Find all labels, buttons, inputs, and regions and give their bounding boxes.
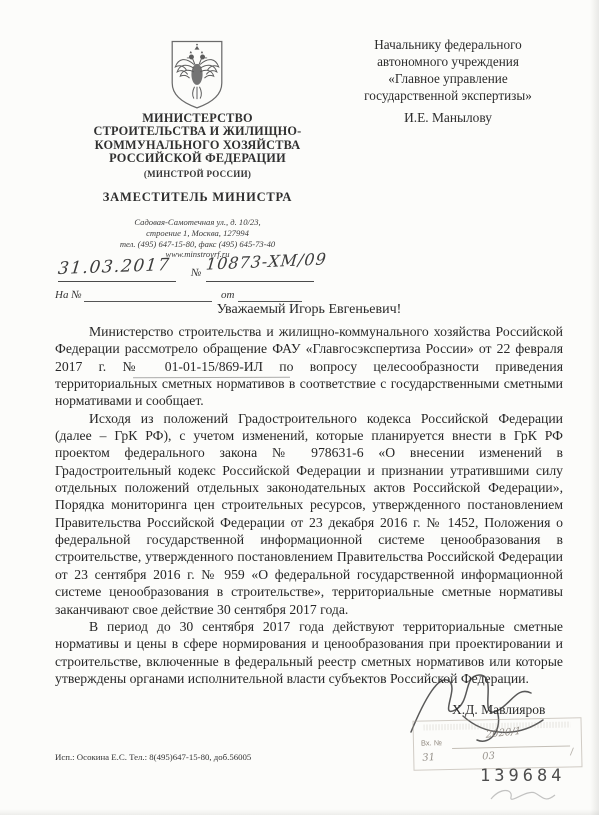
signer-title: ЗАМЕСТИТЕЛЬ МИНИСТРА xyxy=(40,190,355,205)
executor-line: Исп.: Осокина Е.С. Тел.: 8(495)647-15-80… xyxy=(55,752,251,762)
letter-body: Министерство строительства и жилищно-ком… xyxy=(55,323,563,687)
scan-edge-right xyxy=(590,0,599,815)
reply-from-label: от xyxy=(221,289,234,301)
number-sign-label: № xyxy=(191,267,201,279)
russian-coat-of-arms-icon xyxy=(166,38,228,112)
handwritten-mark xyxy=(487,785,559,807)
stamp-incoming-label: Вх. № xyxy=(421,738,442,747)
scan-edge-bottom xyxy=(0,809,599,815)
incoming-stamp: Вх. № 2020/1 31 03 / xyxy=(412,717,582,771)
stamp-incoming-number: 2020/1 xyxy=(486,726,521,741)
recipient-address-block: Начальнику федерального автономного учре… xyxy=(310,36,586,104)
signer-name: Х.Д. Мавлияров xyxy=(452,702,545,718)
date-underline xyxy=(58,281,176,282)
stamp-month: 03 xyxy=(482,751,495,763)
paragraph-2: Исходя из положений Градостроительного к… xyxy=(55,410,563,618)
salutation: Уважаемый Игорь Евгеньевич! xyxy=(55,302,563,318)
number-underline xyxy=(206,281,314,282)
recipient-name: И.Е. Манылову xyxy=(310,110,586,126)
stamp-day: 31 xyxy=(422,752,436,764)
reply-to-label: На № xyxy=(55,289,82,301)
stamp-number-underline xyxy=(452,745,570,748)
ministry-name: МИНИСТЕРСТВО СТРОИТЕЛЬСТВА И ЖИЛИЩНО- КО… xyxy=(40,112,355,165)
handwritten-date: 31.03.2017 xyxy=(57,255,171,279)
ministry-short-name: (МИНСТРОЙ РОССИИ) xyxy=(40,169,355,179)
document-page: МИНИСТЕРСТВО СТРОИТЕЛЬСТВА И ЖИЛИЩНО- КО… xyxy=(0,0,599,815)
registration-number: 139684 xyxy=(480,766,565,786)
paragraph-1: Министерство строительства и жилищно-ком… xyxy=(55,323,563,410)
handwritten-outgoing-number: 10873-ХМ/09 xyxy=(205,249,328,273)
stamp-slash-mark: / xyxy=(569,746,573,758)
